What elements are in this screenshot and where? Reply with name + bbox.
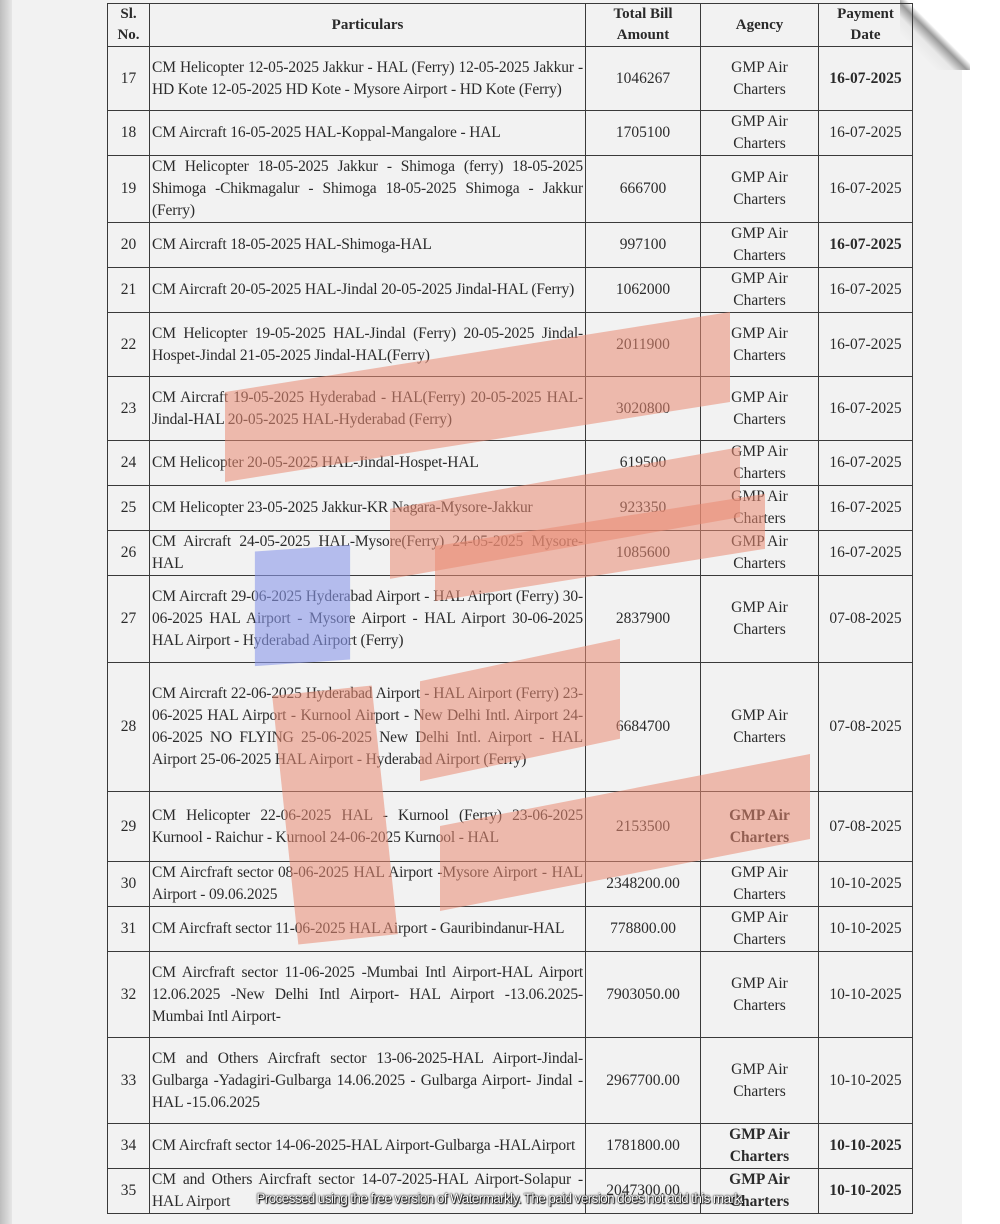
table-row: 22CM Helicopter 19-05-2025 HAL-Jindal (F…: [108, 313, 913, 377]
payment-date-cell: 07-08-2025: [819, 576, 913, 663]
sl-number-cell: 33: [108, 1038, 150, 1124]
table-row: 17CM Helicopter 12-05-2025 Jakkur - HAL …: [108, 47, 913, 111]
sl-number-cell: 31: [108, 907, 150, 952]
table-row: 23CM Aircraft 19-05-2025 Hyderabad - HAL…: [108, 377, 913, 441]
agency-cell: GMP AirCharters: [701, 268, 819, 313]
amount-cell: 1085600: [586, 531, 701, 576]
particulars-cell: CM Helicopter 18-05-2025 Jakkur - Shimog…: [150, 156, 586, 223]
agency-cell: GMP AirCharters: [701, 907, 819, 952]
payment-date-cell: 16-07-2025: [819, 223, 913, 268]
payment-date-cell: 10-10-2025: [819, 907, 913, 952]
agency-cell: GMP AirCharters: [701, 156, 819, 223]
table-row: 19CM Helicopter 18-05-2025 Jakkur - Shim…: [108, 156, 913, 223]
sl-number-cell: 18: [108, 111, 150, 156]
sl-number-cell: 32: [108, 952, 150, 1038]
amount-cell: 1062000: [586, 268, 701, 313]
particulars-cell: CM Aircfraft sector 11-06-2025 -Mumbai I…: [150, 952, 586, 1038]
agency-cell: GMP AirCharters: [701, 223, 819, 268]
amount-cell: 923350: [586, 486, 701, 531]
payment-date-cell: 10-10-2025: [819, 1038, 913, 1124]
table-row: 25CM Helicopter 23-05-2025 Jakkur-KR Nag…: [108, 486, 913, 531]
header-payment-date: Payment Date: [819, 4, 913, 47]
amount-cell: 1705100: [586, 111, 701, 156]
amount-cell: 1781800.00: [586, 1124, 701, 1169]
table-row: 18CM Aircraft 16-05-2025 HAL-Koppal-Mang…: [108, 111, 913, 156]
agency-cell: GMP AirCharters: [701, 663, 819, 792]
table-row: 26CM Aircraft 24-05-2025 HAL-Mysore(Ferr…: [108, 531, 913, 576]
particulars-cell: CM Helicopter 19-05-2025 HAL-Jindal (Fer…: [150, 313, 586, 377]
particulars-cell: CM Aircraft 19-05-2025 Hyderabad - HAL(F…: [150, 377, 586, 441]
amount-cell: 619500: [586, 441, 701, 486]
amount-cell: 997100: [586, 223, 701, 268]
amount-cell: 666700: [586, 156, 701, 223]
agency-cell: GMP AirCharters: [701, 486, 819, 531]
payment-date-cell: 07-08-2025: [819, 663, 913, 792]
particulars-cell: CM Helicopter 12-05-2025 Jakkur - HAL (F…: [150, 47, 586, 111]
page-margin: [962, 0, 1000, 1224]
payment-date-cell: 16-07-2025: [819, 313, 913, 377]
table-row: 30CM Aircfraft sector 08-06-2025 HAL Air…: [108, 862, 913, 907]
sl-number-cell: 22: [108, 313, 150, 377]
agency-cell: GMP AirCharters: [701, 1038, 819, 1124]
sl-number-cell: 24: [108, 441, 150, 486]
amount-cell: 6684700: [586, 663, 701, 792]
particulars-cell: CM Helicopter 22-06-2025 HAL - Kurnool (…: [150, 792, 586, 862]
particulars-cell: CM Aircraft 24-05-2025 HAL-Mysore(Ferry)…: [150, 531, 586, 576]
particulars-cell: CM Helicopter 20-05-2025 HAL-Jindal-Hosp…: [150, 441, 586, 486]
payment-date-cell: 16-07-2025: [819, 441, 913, 486]
header-agency: Agency: [701, 4, 819, 47]
table-row: 21CM Aircraft 20-05-2025 HAL-Jindal 20-0…: [108, 268, 913, 313]
sl-number-cell: 21: [108, 268, 150, 313]
particulars-cell: CM Aircraft 20-05-2025 HAL-Jindal 20-05-…: [150, 268, 586, 313]
agency-cell: GMP AirCharters: [701, 531, 819, 576]
sl-number-cell: 34: [108, 1124, 150, 1169]
table-row: 32CM Aircfraft sector 11-06-2025 -Mumbai…: [108, 952, 913, 1038]
agency-cell: GMP AirCharters: [701, 576, 819, 663]
header-particulars: Particulars: [150, 4, 586, 47]
particulars-cell: CM Helicopter 23-05-2025 Jakkur-KR Nagar…: [150, 486, 586, 531]
amount-cell: 1046267: [586, 47, 701, 111]
payment-date-cell: 16-07-2025: [819, 531, 913, 576]
agency-cell: GMP AirCharters: [701, 111, 819, 156]
particulars-cell: CM and Others Aircfraft sector 13-06-202…: [150, 1038, 586, 1124]
amount-cell: 2837900: [586, 576, 701, 663]
particulars-cell: CM Aircraft 29-06-2025 Hyderabad Airport…: [150, 576, 586, 663]
agency-cell: GMP AirCharters: [701, 377, 819, 441]
sl-number-cell: 29: [108, 792, 150, 862]
amount-cell: 3020800: [586, 377, 701, 441]
payment-date-cell: 16-07-2025: [819, 156, 913, 223]
particulars-cell: CM Aircraft 18-05-2025 HAL-Shimoga-HAL: [150, 223, 586, 268]
amount-cell: 2967700.00: [586, 1038, 701, 1124]
table-body: 17CM Helicopter 12-05-2025 Jakkur - HAL …: [108, 47, 913, 1214]
amount-cell: 7903050.00: [586, 952, 701, 1038]
sl-number-cell: 30: [108, 862, 150, 907]
amount-cell: 2011900: [586, 313, 701, 377]
table-row: 20CM Aircraft 18-05-2025 HAL-Shimoga-HAL…: [108, 223, 913, 268]
sl-number-cell: 26: [108, 531, 150, 576]
payment-date-cell: 16-07-2025: [819, 486, 913, 531]
payment-table: Sl. No. Particulars Total Bill Amount Ag…: [107, 3, 913, 1214]
table-row: 31CM Aircfraft sector 11-06-2025 HAL Air…: [108, 907, 913, 952]
table-row: 24CM Helicopter 20-05-2025 HAL-Jindal-Ho…: [108, 441, 913, 486]
sl-number-cell: 25: [108, 486, 150, 531]
particulars-cell: CM Aircraft 16-05-2025 HAL-Koppal-Mangal…: [150, 111, 586, 156]
agency-cell: GMP AirCharters: [701, 313, 819, 377]
watermark-text: Processed using the free version of Wate…: [0, 1191, 1000, 1206]
sl-number-cell: 17: [108, 47, 150, 111]
particulars-cell: CM Aircraft 22-06-2025 Hyderabad Airport…: [150, 663, 586, 792]
sl-number-cell: 23: [108, 377, 150, 441]
payment-date-cell: 16-07-2025: [819, 377, 913, 441]
sl-number-cell: 27: [108, 576, 150, 663]
payment-date-cell: 16-07-2025: [819, 111, 913, 156]
table-row: 27CM Aircraft 29-06-2025 Hyderabad Airpo…: [108, 576, 913, 663]
table-row: 28CM Aircraft 22-06-2025 Hyderabad Airpo…: [108, 663, 913, 792]
payment-date-cell: 16-07-2025: [819, 268, 913, 313]
agency-cell: GMP AirCharters: [701, 952, 819, 1038]
amount-cell: 2348200.00: [586, 862, 701, 907]
table-row: 29CM Helicopter 22-06-2025 HAL - Kurnool…: [108, 792, 913, 862]
amount-cell: 2153500: [586, 792, 701, 862]
particulars-cell: CM Aircfraft sector 08-06-2025 HAL Airpo…: [150, 862, 586, 907]
table-row: 33CM and Others Aircfraft sector 13-06-2…: [108, 1038, 913, 1124]
amount-cell: 778800.00: [586, 907, 701, 952]
scan-shadow: [0, 0, 12, 1224]
particulars-cell: CM Aircfraft sector 14-06-2025-HAL Airpo…: [150, 1124, 586, 1169]
sl-number-cell: 19: [108, 156, 150, 223]
payment-date-cell: 07-08-2025: [819, 792, 913, 862]
sl-number-cell: 28: [108, 663, 150, 792]
payment-date-cell: 10-10-2025: [819, 862, 913, 907]
payment-date-cell: 10-10-2025: [819, 1124, 913, 1169]
header-sl-no: Sl. No.: [108, 4, 150, 47]
agency-cell: GMP AirCharters: [701, 441, 819, 486]
header-total-bill-amount: Total Bill Amount: [586, 4, 701, 47]
agency-cell: GMP AirCharters: [701, 1124, 819, 1169]
table-row: 34CM Aircfraft sector 14-06-2025-HAL Air…: [108, 1124, 913, 1169]
payment-date-cell: 16-07-2025: [819, 47, 913, 111]
payment-date-cell: 10-10-2025: [819, 952, 913, 1038]
agency-cell: GMP AirCharters: [701, 47, 819, 111]
particulars-cell: CM Aircfraft sector 11-06-2025 HAL Airpo…: [150, 907, 586, 952]
sl-number-cell: 20: [108, 223, 150, 268]
agency-cell: GMP AirCharters: [701, 862, 819, 907]
agency-cell: GMP AirCharters: [701, 792, 819, 862]
